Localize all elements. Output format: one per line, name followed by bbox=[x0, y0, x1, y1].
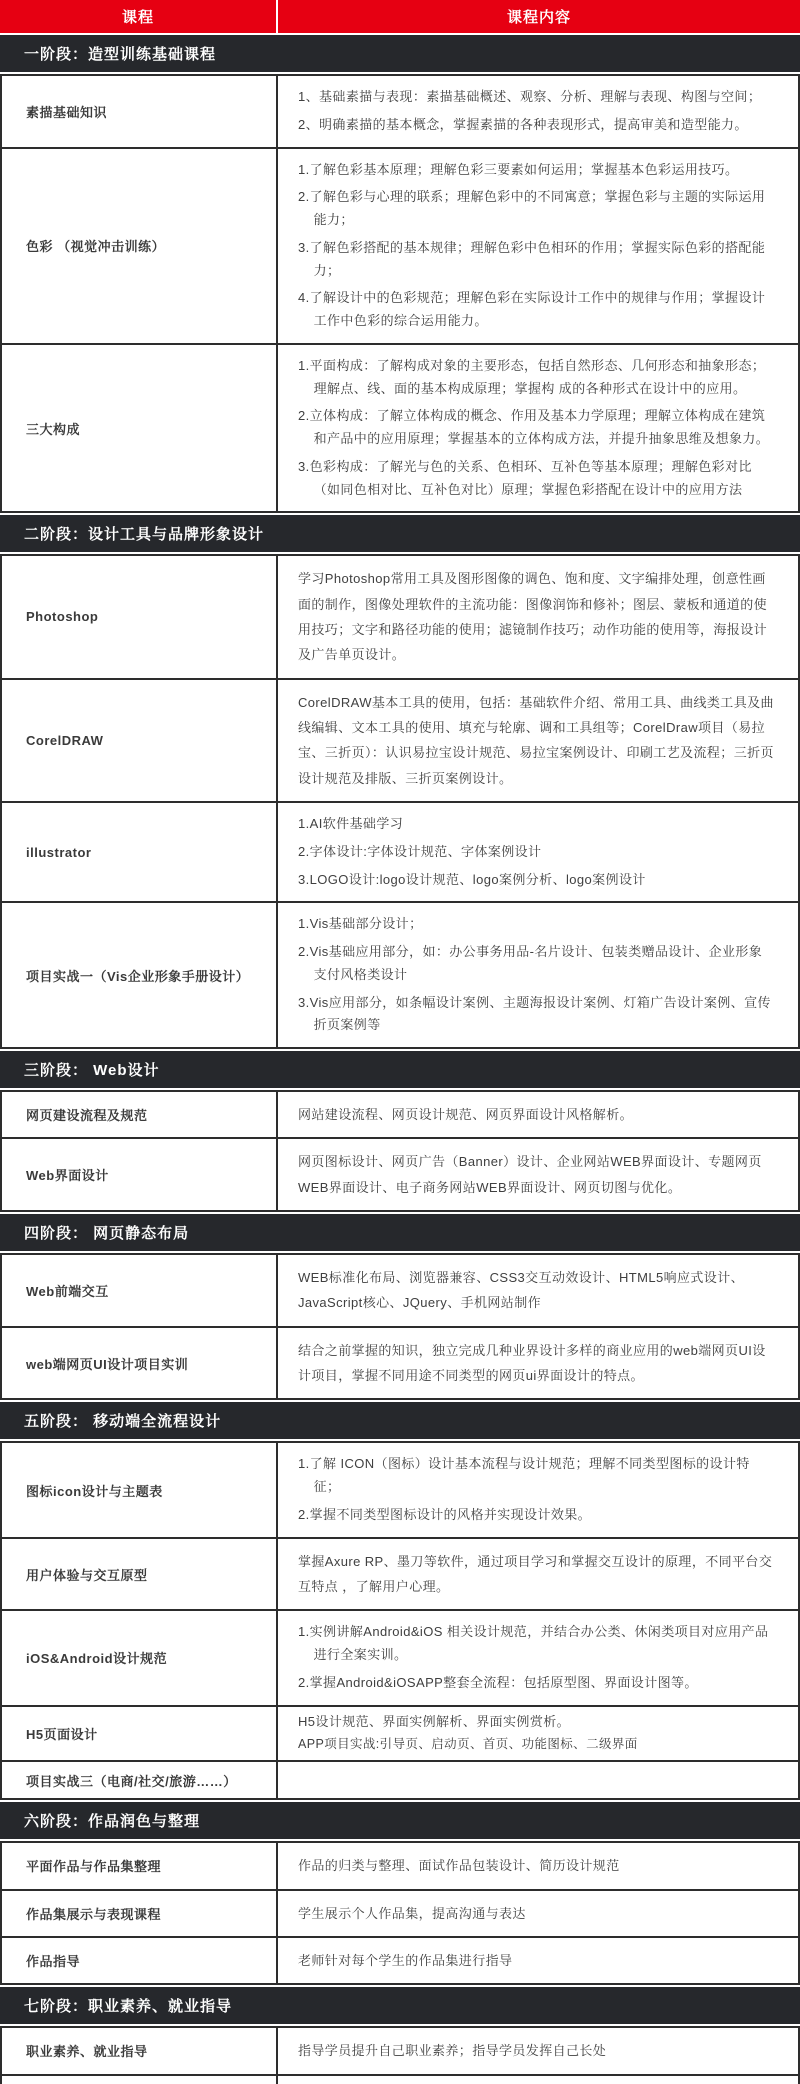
content-cell: 1.AI软件基础学习 2.字体设计:字体设计规范、字体案例设计 3.LOGO设计… bbox=[278, 803, 798, 901]
cutoff-row-sliver bbox=[0, 2076, 800, 2084]
table-row: 项目实战三（电商/社交/旅游……） bbox=[0, 1760, 800, 1800]
content-line: 2.了解色彩与心理的联系；理解色彩中的不同寓意；掌握色彩与主题的实际运用能力； bbox=[298, 186, 774, 232]
section-bar-stage3: 三阶段： Web设计 bbox=[0, 1051, 800, 1088]
course-cell: illustrator bbox=[2, 803, 278, 901]
content-line: 2、明确素描的基本概念，掌握素描的各种表现形式，提高审美和造型能力。 bbox=[298, 114, 774, 137]
course-cell: 网页建设流程及规范 bbox=[2, 1092, 278, 1137]
content-line: 2.Vis基础应用部分，如：办公事务用品-名片设计、包装类赠品设计、企业形象支付… bbox=[298, 941, 774, 987]
section-bar-stage5: 五阶段： 移动端全流程设计 bbox=[0, 1402, 800, 1439]
table-row: 作品集展示与表现课程 学生展示个人作品集，提高沟通与表达 bbox=[0, 1889, 800, 1938]
content-cell: 1.Vis基础部分设计； 2.Vis基础应用部分，如：办公事务用品-名片设计、包… bbox=[278, 903, 798, 1047]
course-cell: CorelDRAW bbox=[2, 680, 278, 801]
content-cell: 网站建设流程、网页设计规范、网页界面设计风格解析。 bbox=[278, 1092, 798, 1137]
course-cell: 项目实战一（Vis企业形象手册设计） bbox=[2, 903, 278, 1047]
course-cell: 作品集展示与表现课程 bbox=[2, 1891, 278, 1936]
content-line: 网页图标设计、网页广告（Banner）设计、企业网站WEB界面设计、专题网页WE… bbox=[298, 1149, 774, 1200]
content-line: 3.Vis应用部分，如条幅设计案例、主题海报设计案例、灯箱广告设计案例、宣传折页… bbox=[298, 992, 774, 1038]
content-line: 网站建设流程、网页设计规范、网页界面设计风格解析。 bbox=[298, 1102, 774, 1127]
section-bar-stage1: 一阶段：造型训练基础课程 bbox=[0, 35, 800, 72]
content-line: 1.实例讲解Android&iOS 相关设计规范，并结合办公类、休闲类项目对应用… bbox=[298, 1621, 774, 1667]
table-header: 课程 课程内容 bbox=[0, 0, 800, 33]
content-cell: 网页图标设计、网页广告（Banner）设计、企业网站WEB界面设计、专题网页WE… bbox=[278, 1139, 798, 1210]
table-row: 项目实战一（Vis企业形象手册设计） 1.Vis基础部分设计； 2.Vis基础应… bbox=[0, 901, 800, 1049]
course-cell: 作品指导 bbox=[2, 1938, 278, 1983]
content-line: 作品的归类与整理、面试作品包装设计、简历设计规范 bbox=[298, 1853, 774, 1878]
content-cell: 1.了解 ICON（图标）设计基本流程与设计规范；理解不同类型图标的设计特征； … bbox=[278, 1443, 798, 1536]
course-cell: 用户体验与交互原型 bbox=[2, 1539, 278, 1610]
content-cell: 1.实例讲解Android&iOS 相关设计规范，并结合办公类、休闲类项目对应用… bbox=[278, 1611, 798, 1704]
content-cell: 老师针对每个学生的作品集进行指导 bbox=[278, 1938, 798, 1983]
cutoff-right-cell bbox=[278, 2076, 798, 2084]
course-cell: web端网页UI设计项目实训 bbox=[2, 1328, 278, 1399]
course-cell: 三大构成 bbox=[2, 345, 278, 512]
table-row: 素描基础知识 1、基础素描与表现：素描基础概述、观察、分析、理解与表现、构图与空… bbox=[0, 74, 800, 149]
course-cell: Photoshop bbox=[2, 556, 278, 677]
course-cell: Web界面设计 bbox=[2, 1139, 278, 1210]
content-line: 1.Vis基础部分设计； bbox=[298, 913, 774, 936]
course-cell: Web前端交互 bbox=[2, 1255, 278, 1326]
course-cell: 素描基础知识 bbox=[2, 76, 278, 147]
content-cell: 结合之前掌握的知识，独立完成几种业界设计多样的商业应用的web端网页UI设计项目… bbox=[278, 1328, 798, 1399]
content-cell: 1.平面构成：了解构成对象的主要形态，包括自然形态、几何形态和抽象形态；理解点、… bbox=[278, 345, 798, 512]
content-line: H5设计规范、界面实例解析、界面实例赏析。 bbox=[298, 1711, 774, 1734]
content-cell: H5设计规范、界面实例解析、界面实例赏析。 APP项目实战:引导页、启动页、首页… bbox=[278, 1707, 798, 1761]
content-cell: 指导学员提升自己职业素养；指导学员发挥自己长处 bbox=[278, 2028, 798, 2073]
table-row: H5页面设计 H5设计规范、界面实例解析、界面实例赏析。 APP项目实战:引导页… bbox=[0, 1705, 800, 1763]
content-cell: 1.了解色彩基本原理；理解色彩三要素如何运用；掌握基本色彩运用技巧。 2.了解色… bbox=[278, 149, 798, 343]
content-cell: CorelDRAW基本工具的使用，包括：基础软件介绍、常用工具、曲线类工具及曲线… bbox=[278, 680, 798, 801]
content-line: 学生展示个人作品集，提高沟通与表达 bbox=[298, 1901, 774, 1926]
content-line: 3.了解色彩搭配的基本规律；理解色彩中色相环的作用；掌握实际色彩的搭配能力； bbox=[298, 237, 774, 283]
content-cell: WEB标准化布局、浏览器兼容、CSS3交互动效设计、HTML5响应式设计、Jav… bbox=[278, 1255, 798, 1326]
section-bar-stage7: 七阶段：职业素养、就业指导 bbox=[0, 1987, 800, 2024]
content-line: 老师针对每个学生的作品集进行指导 bbox=[298, 1948, 774, 1973]
content-line: 1.了解色彩基本原理；理解色彩三要素如何运用；掌握基本色彩运用技巧。 bbox=[298, 159, 774, 182]
table-row: Web前端交互 WEB标准化布局、浏览器兼容、CSS3交互动效设计、HTML5响… bbox=[0, 1253, 800, 1328]
content-cell: 1、基础素描与表现：素描基础概述、观察、分析、理解与表现、构图与空间； 2、明确… bbox=[278, 76, 798, 147]
cutoff-left-cell bbox=[2, 2076, 278, 2084]
course-cell: 平面作品与作品集整理 bbox=[2, 1843, 278, 1888]
content-line: 1.平面构成：了解构成对象的主要形态，包括自然形态、几何形态和抽象形态；理解点、… bbox=[298, 355, 774, 401]
table-row: 三大构成 1.平面构成：了解构成对象的主要形态，包括自然形态、几何形态和抽象形态… bbox=[0, 343, 800, 514]
content-line: 2.掌握Android&iOSAPP整套全流程：包括原型图、界面设计图等。 bbox=[298, 1672, 774, 1695]
content-cell: 掌握Axure RP、墨刀等软件，通过项目学习和掌握交互设计的原理，不同平台交互… bbox=[278, 1539, 798, 1610]
course-cell: iOS&Android设计规范 bbox=[2, 1611, 278, 1704]
content-line: 1.AI软件基础学习 bbox=[298, 813, 774, 836]
table-row: 图标icon设计与主题表 1.了解 ICON（图标）设计基本流程与设计规范；理解… bbox=[0, 1441, 800, 1538]
course-cell: 图标icon设计与主题表 bbox=[2, 1443, 278, 1536]
content-line: 3.LOGO设计:logo设计规范、logo案例分析、logo案例设计 bbox=[298, 869, 774, 892]
content-line: WEB标准化布局、浏览器兼容、CSS3交互动效设计、HTML5响应式设计、Jav… bbox=[298, 1265, 774, 1316]
content-column-header: 课程内容 bbox=[278, 0, 800, 33]
curriculum-table: 课程 课程内容 一阶段：造型训练基础课程 素描基础知识 1、基础素描与表现：素描… bbox=[0, 0, 800, 2084]
course-column-header: 课程 bbox=[0, 0, 278, 33]
table-row: 职业素养、就业指导 指导学员提升自己职业素养；指导学员发挥自己长处 bbox=[0, 2026, 800, 2075]
content-line: 1.了解 ICON（图标）设计基本流程与设计规范；理解不同类型图标的设计特征； bbox=[298, 1453, 774, 1499]
content-line: 3.色彩构成：了解光与色的关系、色相环、互补色等基本原理；理解色彩对比（如同色相… bbox=[298, 456, 774, 502]
table-row: 作品指导 老师针对每个学生的作品集进行指导 bbox=[0, 1936, 800, 1985]
table-row: 平面作品与作品集整理 作品的归类与整理、面试作品包装设计、简历设计规范 bbox=[0, 1841, 800, 1890]
table-row: web端网页UI设计项目实训 结合之前掌握的知识，独立完成几种业界设计多样的商业… bbox=[0, 1326, 800, 1401]
section-bar-stage6: 六阶段：作品润色与整理 bbox=[0, 1802, 800, 1839]
content-cell: 作品的归类与整理、面试作品包装设计、简历设计规范 bbox=[278, 1843, 798, 1888]
content-line: 2.掌握不同类型图标设计的风格并实现设计效果。 bbox=[298, 1504, 774, 1527]
content-cell: 学习Photoshop常用工具及图形图像的调色、饱和度、文字编排处理，创意性画面… bbox=[278, 556, 798, 677]
content-cell: 学生展示个人作品集，提高沟通与表达 bbox=[278, 1891, 798, 1936]
table-row: 用户体验与交互原型 掌握Axure RP、墨刀等软件，通过项目学习和掌握交互设计… bbox=[0, 1537, 800, 1612]
section-bar-stage2: 二阶段：设计工具与品牌形象设计 bbox=[0, 515, 800, 552]
content-line: 2.字体设计:字体设计规范、字体案例设计 bbox=[298, 841, 774, 864]
content-line: 结合之前掌握的知识，独立完成几种业界设计多样的商业应用的web端网页UI设计项目… bbox=[298, 1338, 774, 1389]
content-line: CorelDRAW基本工具的使用，包括：基础软件介绍、常用工具、曲线类工具及曲线… bbox=[298, 690, 774, 791]
table-row: CorelDRAW CorelDRAW基本工具的使用，包括：基础软件介绍、常用工… bbox=[0, 678, 800, 803]
content-line: APP项目实战:引导页、启动页、首页、功能图标、二级界面 bbox=[298, 1734, 774, 1756]
content-cell bbox=[278, 1762, 798, 1798]
table-row: Web界面设计 网页图标设计、网页广告（Banner）设计、企业网站WEB界面设… bbox=[0, 1137, 800, 1212]
course-cell: H5页面设计 bbox=[2, 1707, 278, 1761]
content-line: 掌握Axure RP、墨刀等软件，通过项目学习和掌握交互设计的原理，不同平台交互… bbox=[298, 1549, 774, 1600]
course-cell: 项目实战三（电商/社交/旅游……） bbox=[2, 1762, 278, 1798]
section-bar-stage4: 四阶段： 网页静态布局 bbox=[0, 1214, 800, 1251]
content-line: 学习Photoshop常用工具及图形图像的调色、饱和度、文字编排处理，创意性画面… bbox=[298, 566, 774, 667]
course-cell: 职业素养、就业指导 bbox=[2, 2028, 278, 2073]
table-row: 网页建设流程及规范 网站建设流程、网页设计规范、网页界面设计风格解析。 bbox=[0, 1090, 800, 1139]
table-row: 色彩 （视觉冲击训练） 1.了解色彩基本原理；理解色彩三要素如何运用；掌握基本色… bbox=[0, 147, 800, 345]
table-row: iOS&Android设计规范 1.实例讲解Android&iOS 相关设计规范… bbox=[0, 1609, 800, 1706]
content-line: 2.立体构成：了解立体构成的概念、作用及基本力学原理；理解立体构成在建筑和产品中… bbox=[298, 405, 774, 451]
content-line: 4.了解设计中的色彩规范；理解色彩在实际设计工作中的规律与作用；掌握设计工作中色… bbox=[298, 287, 774, 333]
table-row: Photoshop 学习Photoshop常用工具及图形图像的调色、饱和度、文字… bbox=[0, 554, 800, 679]
content-line: 1、基础素描与表现：素描基础概述、观察、分析、理解与表现、构图与空间； bbox=[298, 86, 774, 109]
content-line: 指导学员提升自己职业素养；指导学员发挥自己长处 bbox=[298, 2038, 774, 2063]
table-row: illustrator 1.AI软件基础学习 2.字体设计:字体设计规范、字体案… bbox=[0, 801, 800, 903]
course-cell: 色彩 （视觉冲击训练） bbox=[2, 149, 278, 343]
